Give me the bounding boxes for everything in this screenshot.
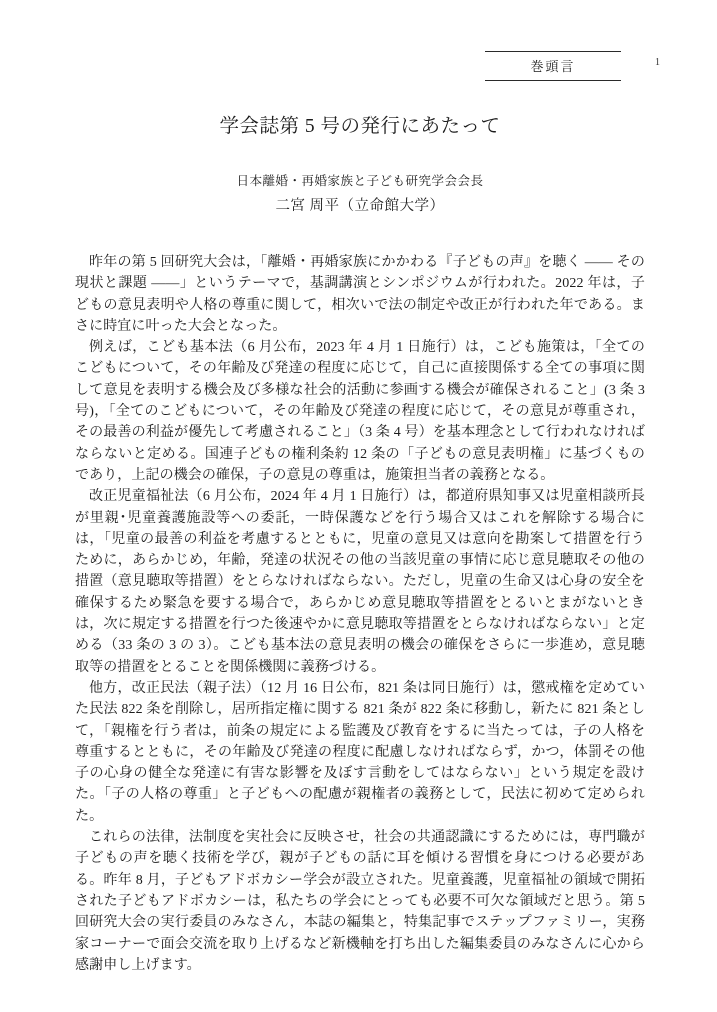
author-affiliation: 日本離婚・再婚家族と子ども研究学会会長 (75, 171, 645, 189)
body-paragraph: 例えば，こども基本法（6 月公布，2023 年 4 月 1 日施行）は，こども施… (75, 337, 645, 486)
page-number: 1 (655, 57, 660, 68)
author-name: 二宮 周平（立命館大学） (75, 194, 645, 215)
body-paragraph: これらの法律，法制度を実社会に反映させ，社会の共通認識にするためには，専門職が子… (75, 827, 645, 976)
page-title: 学会誌第 5 号の発行にあたって (75, 110, 645, 138)
body-text: 昨年の第 5 回研究大会は，「離婚・再婚家族にかかわる『子どもの声』を聴く ——… (75, 252, 645, 976)
body-paragraph: 他方，改正民法（親子法）（12 月 16 日公布，821 条は同日施行）は，懲戒… (75, 678, 645, 827)
body-paragraph: 改正児童福祉法（6 月公布，2024 年 4 月 1 日施行）は，都道府県知事又… (75, 486, 645, 678)
body-paragraph: 昨年の第 5 回研究大会は，「離婚・再婚家族にかかわる『子どもの声』を聴く ——… (75, 252, 645, 337)
running-head: 巻頭言 (485, 51, 621, 81)
journal-foreword-page: 巻頭言 1 学会誌第 5 号の発行にあたって 日本離婚・再婚家族と子ども研究学会… (0, 0, 717, 1012)
